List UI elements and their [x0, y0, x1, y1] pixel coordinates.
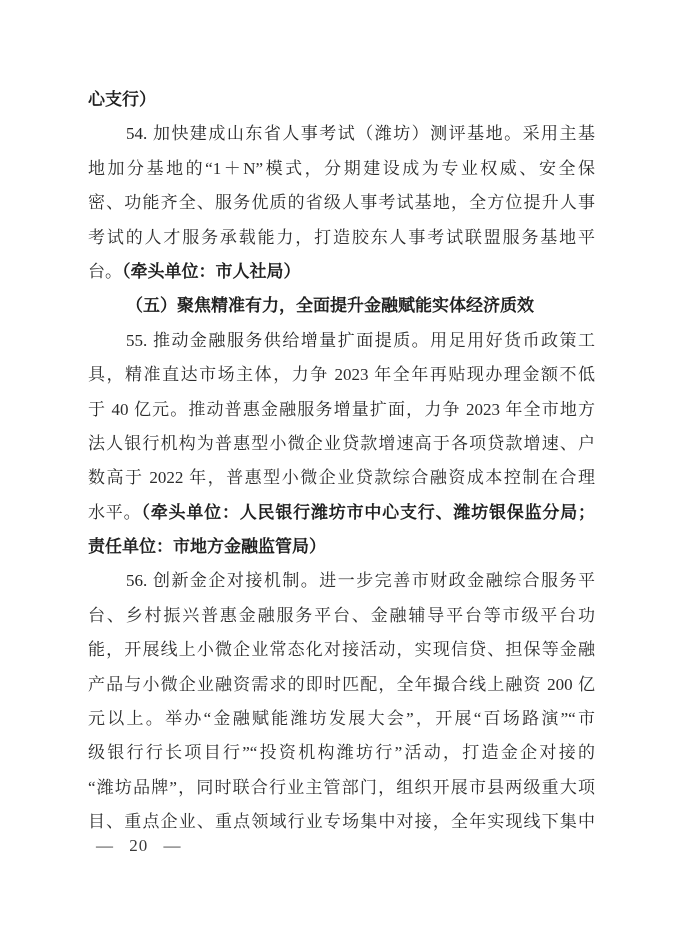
text-segment: 地加分基地的“1＋N”模式，分期建设成为专业权威、安全保: [88, 159, 595, 178]
text-line: 心支行）: [88, 83, 595, 117]
text-segment: 目、重点企业、重点领域行业专场集中对接，全年实现线下集中: [88, 812, 595, 831]
document-body: 心支行）54. 加快建成山东省人事考试（潍坊）测评基地。采用主基地加分基地的“1…: [88, 83, 595, 840]
text-segment: 数高于 2022 年，普惠型小微企业贷款综合融资成本控制在合理: [88, 468, 595, 487]
text-line: 产品与小微企业融资需求的即时匹配，全年撮合线上融资 200 亿: [88, 668, 595, 702]
text-segment: 心支行）: [88, 90, 156, 109]
text-segment: 产品与小微企业融资需求的即时匹配，全年撮合线上融资 200 亿: [88, 675, 595, 694]
text-segment: 用足用好货币政策工: [430, 331, 595, 350]
text-line: 55. 推动金融服务供给增量扩面提质。用足用好货币政策工: [88, 324, 595, 358]
text-segment: 密、功能齐全、服务优质的省级人事考试基地，全方位提升人事: [88, 193, 595, 212]
text-segment: “潍坊品牌”，同时联合行业主管部门，组织开展市县两级重大项: [88, 778, 595, 797]
text-segment: （牵头单位：人民银行潍坊市中心支行、潍坊银保监分局；: [141, 503, 595, 522]
text-line: 具，精准直达市场主体，力争 2023 年全年再贴现办理金额不低: [88, 358, 595, 392]
text-line: 法人银行机构为普惠型小微企业贷款增速高于各项贷款增速、户: [88, 427, 595, 461]
text-line: 级银行行长项目行”“投资机构潍坊行”活动，打造金企对接的: [88, 736, 595, 770]
text-line: 元以上。举办“金融赋能潍坊发展大会”，开展“百场路演”“市: [88, 702, 595, 736]
text-segment: 具，精准直达市场主体，力争 2023 年全年再贴现办理金额不低: [88, 365, 595, 384]
text-segment: 法人银行机构为普惠型小微企业贷款增速高于各项贷款增速、户: [88, 434, 595, 453]
text-line: 台、乡村振兴普惠金融服务平台、金融辅导平台等市级平台功: [88, 599, 595, 633]
text-line: 考试的人才服务承载能力，打造胶东人事考试联盟服务基地平: [88, 221, 595, 255]
text-line: “潍坊品牌”，同时联合行业主管部门，组织开展市县两级重大项: [88, 771, 595, 805]
text-segment: 水平。: [88, 503, 141, 522]
text-segment: 54. 加快建成山东省人事考试（潍坊）测评基地。: [126, 124, 523, 143]
text-line: （五）聚焦精准有力，全面提升金融赋能实体经济质效: [88, 289, 595, 323]
text-line: 能，开展线上小微企业常态化对接活动，实现信贷、担保等金融: [88, 633, 595, 667]
text-segment: 台。: [88, 262, 122, 281]
text-segment: 于 40 亿元。推动普惠金融服务增量扩面，力争 2023 年全市地方: [88, 400, 595, 419]
text-line: 地加分基地的“1＋N”模式，分期建设成为专业权威、安全保: [88, 152, 595, 186]
text-line: 密、功能齐全、服务优质的省级人事考试基地，全方位提升人事: [88, 186, 595, 220]
text-segment: 采用主基: [523, 124, 595, 143]
text-segment: （牵头单位：市人社局）: [122, 262, 301, 281]
text-line: 于 40 亿元。推动普惠金融服务增量扩面，力争 2023 年全市地方: [88, 393, 595, 427]
text-line: 台。（牵头单位：市人社局）: [88, 255, 595, 289]
text-line: 水平。（牵头单位：人民银行潍坊市中心支行、潍坊银保监分局；: [88, 496, 595, 530]
text-segment: 进一步完善市财政金融综合服务平: [319, 571, 595, 590]
text-segment: 台、乡村振兴普惠金融服务平台、金融辅导平台等市级平台功: [88, 606, 595, 625]
text-segment: 56. 创新金企对接机制。: [126, 571, 319, 590]
text-line: 责任单位：市地方金融监管局）: [88, 530, 595, 564]
text-line: 56. 创新金企对接机制。进一步完善市财政金融综合服务平: [88, 564, 595, 598]
page-number: — 20 —: [96, 834, 182, 858]
text-segment: （五）聚焦精准有力，全面提升金融赋能实体经济质效: [126, 296, 534, 315]
text-line: 数高于 2022 年，普惠型小微企业贷款综合融资成本控制在合理: [88, 461, 595, 495]
text-segment: 55. 推动金融服务供给增量扩面提质。: [126, 331, 430, 350]
document-page: 心支行）54. 加快建成山东省人事考试（潍坊）测评基地。采用主基地加分基地的“1…: [0, 0, 680, 928]
text-line: 54. 加快建成山东省人事考试（潍坊）测评基地。采用主基: [88, 117, 595, 151]
text-segment: 级银行行长项目行”“投资机构潍坊行”活动，打造金企对接的: [88, 743, 595, 762]
text-segment: 元以上。举办“金融赋能潍坊发展大会”，开展“百场路演”“市: [88, 709, 595, 728]
text-segment: 能，开展线上小微企业常态化对接活动，实现信贷、担保等金融: [88, 640, 595, 659]
text-segment: 考试的人才服务承载能力，打造胶东人事考试联盟服务基地平: [88, 228, 595, 247]
text-segment: 责任单位：市地方金融监管局）: [88, 537, 326, 556]
